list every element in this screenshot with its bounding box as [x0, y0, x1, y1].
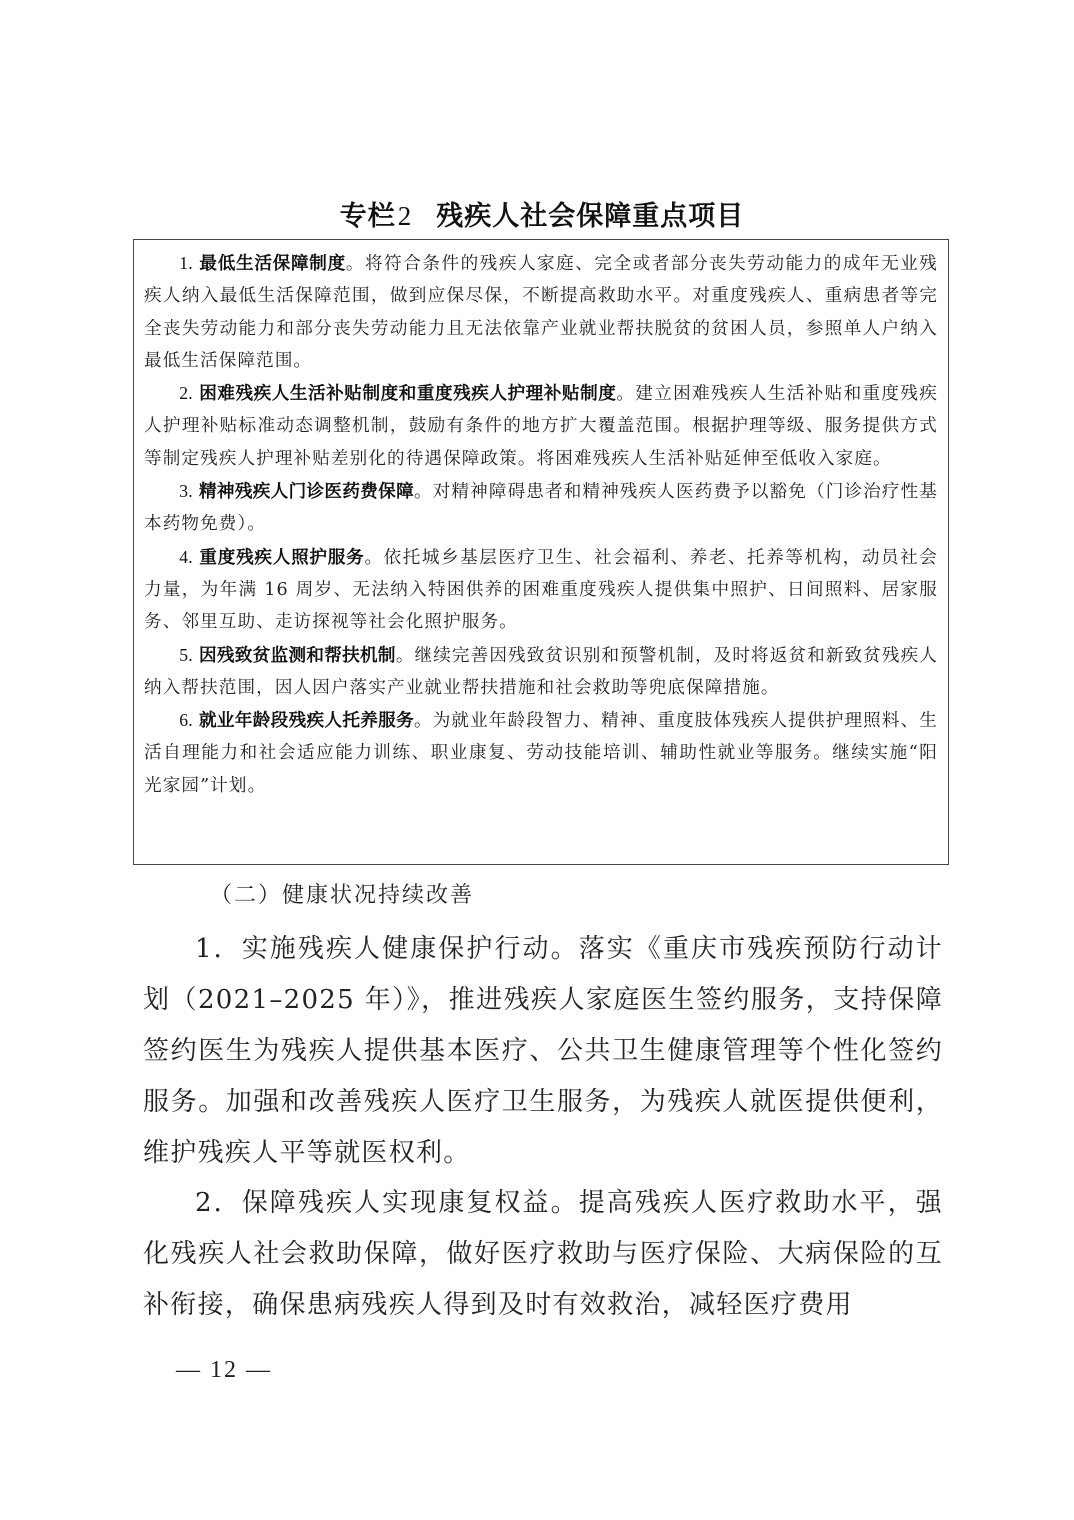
column-item: 4.重度残疾人照护服务。依托城乡基层医疗卫生、社会福利、养老、托养等机构，动员社… [144, 541, 938, 639]
column-item: 1.最低生活保障制度。将符合条件的残疾人家庭、完全或者部分丧失劳动能力的成年无业… [144, 247, 938, 377]
column-item-lead-text: 精神残疾人门诊医药费保障 [199, 482, 414, 502]
column-item-lead-text: 重度残疾人照护服务 [199, 548, 364, 568]
column-item-lead-text: 就业年龄段残疾人托养服务 [199, 711, 414, 731]
section-heading: （二）健康状况持续改善 [210, 876, 474, 916]
column-title-number: 2 [398, 201, 413, 231]
column-item-index: 3. [179, 481, 193, 501]
document-page: 专栏2残疾人社会保障重点项目 1.最低生活保障制度。将符合条件的残疾人家庭、完全… [0, 0, 1074, 1520]
column-box-title: 专栏2残疾人社会保障重点项目 [133, 196, 951, 236]
body-paragraph-1: 1．实施残疾人健康保护行动。落实《重庆市残疾预防行动计划（2021–2025 年… [143, 924, 943, 1179]
column-item: 5.因残致贫监测和帮扶机制。继续完善因残致贫识别和预警机制，及时将返贫和新致贫残… [144, 639, 938, 705]
column-box: 1.最低生活保障制度。将符合条件的残疾人家庭、完全或者部分丧失劳动能力的成年无业… [133, 239, 949, 865]
column-item-lead: 1.最低生活保障制度 [179, 254, 346, 274]
column-item: 2.困难残疾人生活补贴制度和重度残疾人护理补贴制度。建立困难残疾人生活补贴和重度… [144, 377, 938, 475]
column-item-index: 1. [179, 253, 193, 273]
page-number: — 12 — [176, 1350, 272, 1390]
column-item-lead: 4.重度残疾人照护服务 [179, 548, 364, 568]
column-item-index: 2. [179, 383, 193, 403]
column-title-prefix: 专栏 [340, 201, 396, 232]
column-item-lead: 6.就业年龄段残疾人托养服务 [179, 711, 414, 731]
column-item: 3.精神残疾人门诊医药费保障。对精神障碍患者和精神残疾人医药费予以豁免（门诊治疗… [144, 475, 938, 541]
paragraph-text: 1．实施残疾人健康保护行动。落实《重庆市残疾预防行动计划（2021–2025 年… [143, 924, 943, 1179]
column-item-index: 6. [179, 710, 193, 730]
column-item-lead-text: 最低生活保障制度 [199, 254, 346, 274]
column-item-index: 5. [179, 645, 193, 665]
column-item-lead: 5.因残致贫监测和帮扶机制 [179, 646, 396, 666]
column-item-lead-text: 困难残疾人生活补贴制度和重度残疾人护理补贴制度 [199, 384, 616, 404]
column-title-text: 残疾人社会保障重点项目 [436, 201, 744, 232]
column-item-lead: 3.精神残疾人门诊医药费保障 [179, 482, 414, 502]
paragraph-text: 2．保障残疾人实现康复权益。提高残疾人医疗救助水平，强化残疾人社会救助保障，做好… [143, 1178, 943, 1331]
column-item-index: 4. [179, 547, 193, 567]
column-item: 6.就业年龄段残疾人托养服务。为就业年龄段智力、精神、重度肢体残疾人提供护理照料… [144, 704, 938, 802]
column-item-lead: 2.困难残疾人生活补贴制度和重度残疾人护理补贴制度 [179, 384, 616, 404]
body-paragraph-2: 2．保障残疾人实现康复权益。提高残疾人医疗救助水平，强化残疾人社会救助保障，做好… [143, 1178, 943, 1331]
column-item-lead-text: 因残致贫监测和帮扶机制 [199, 646, 396, 666]
